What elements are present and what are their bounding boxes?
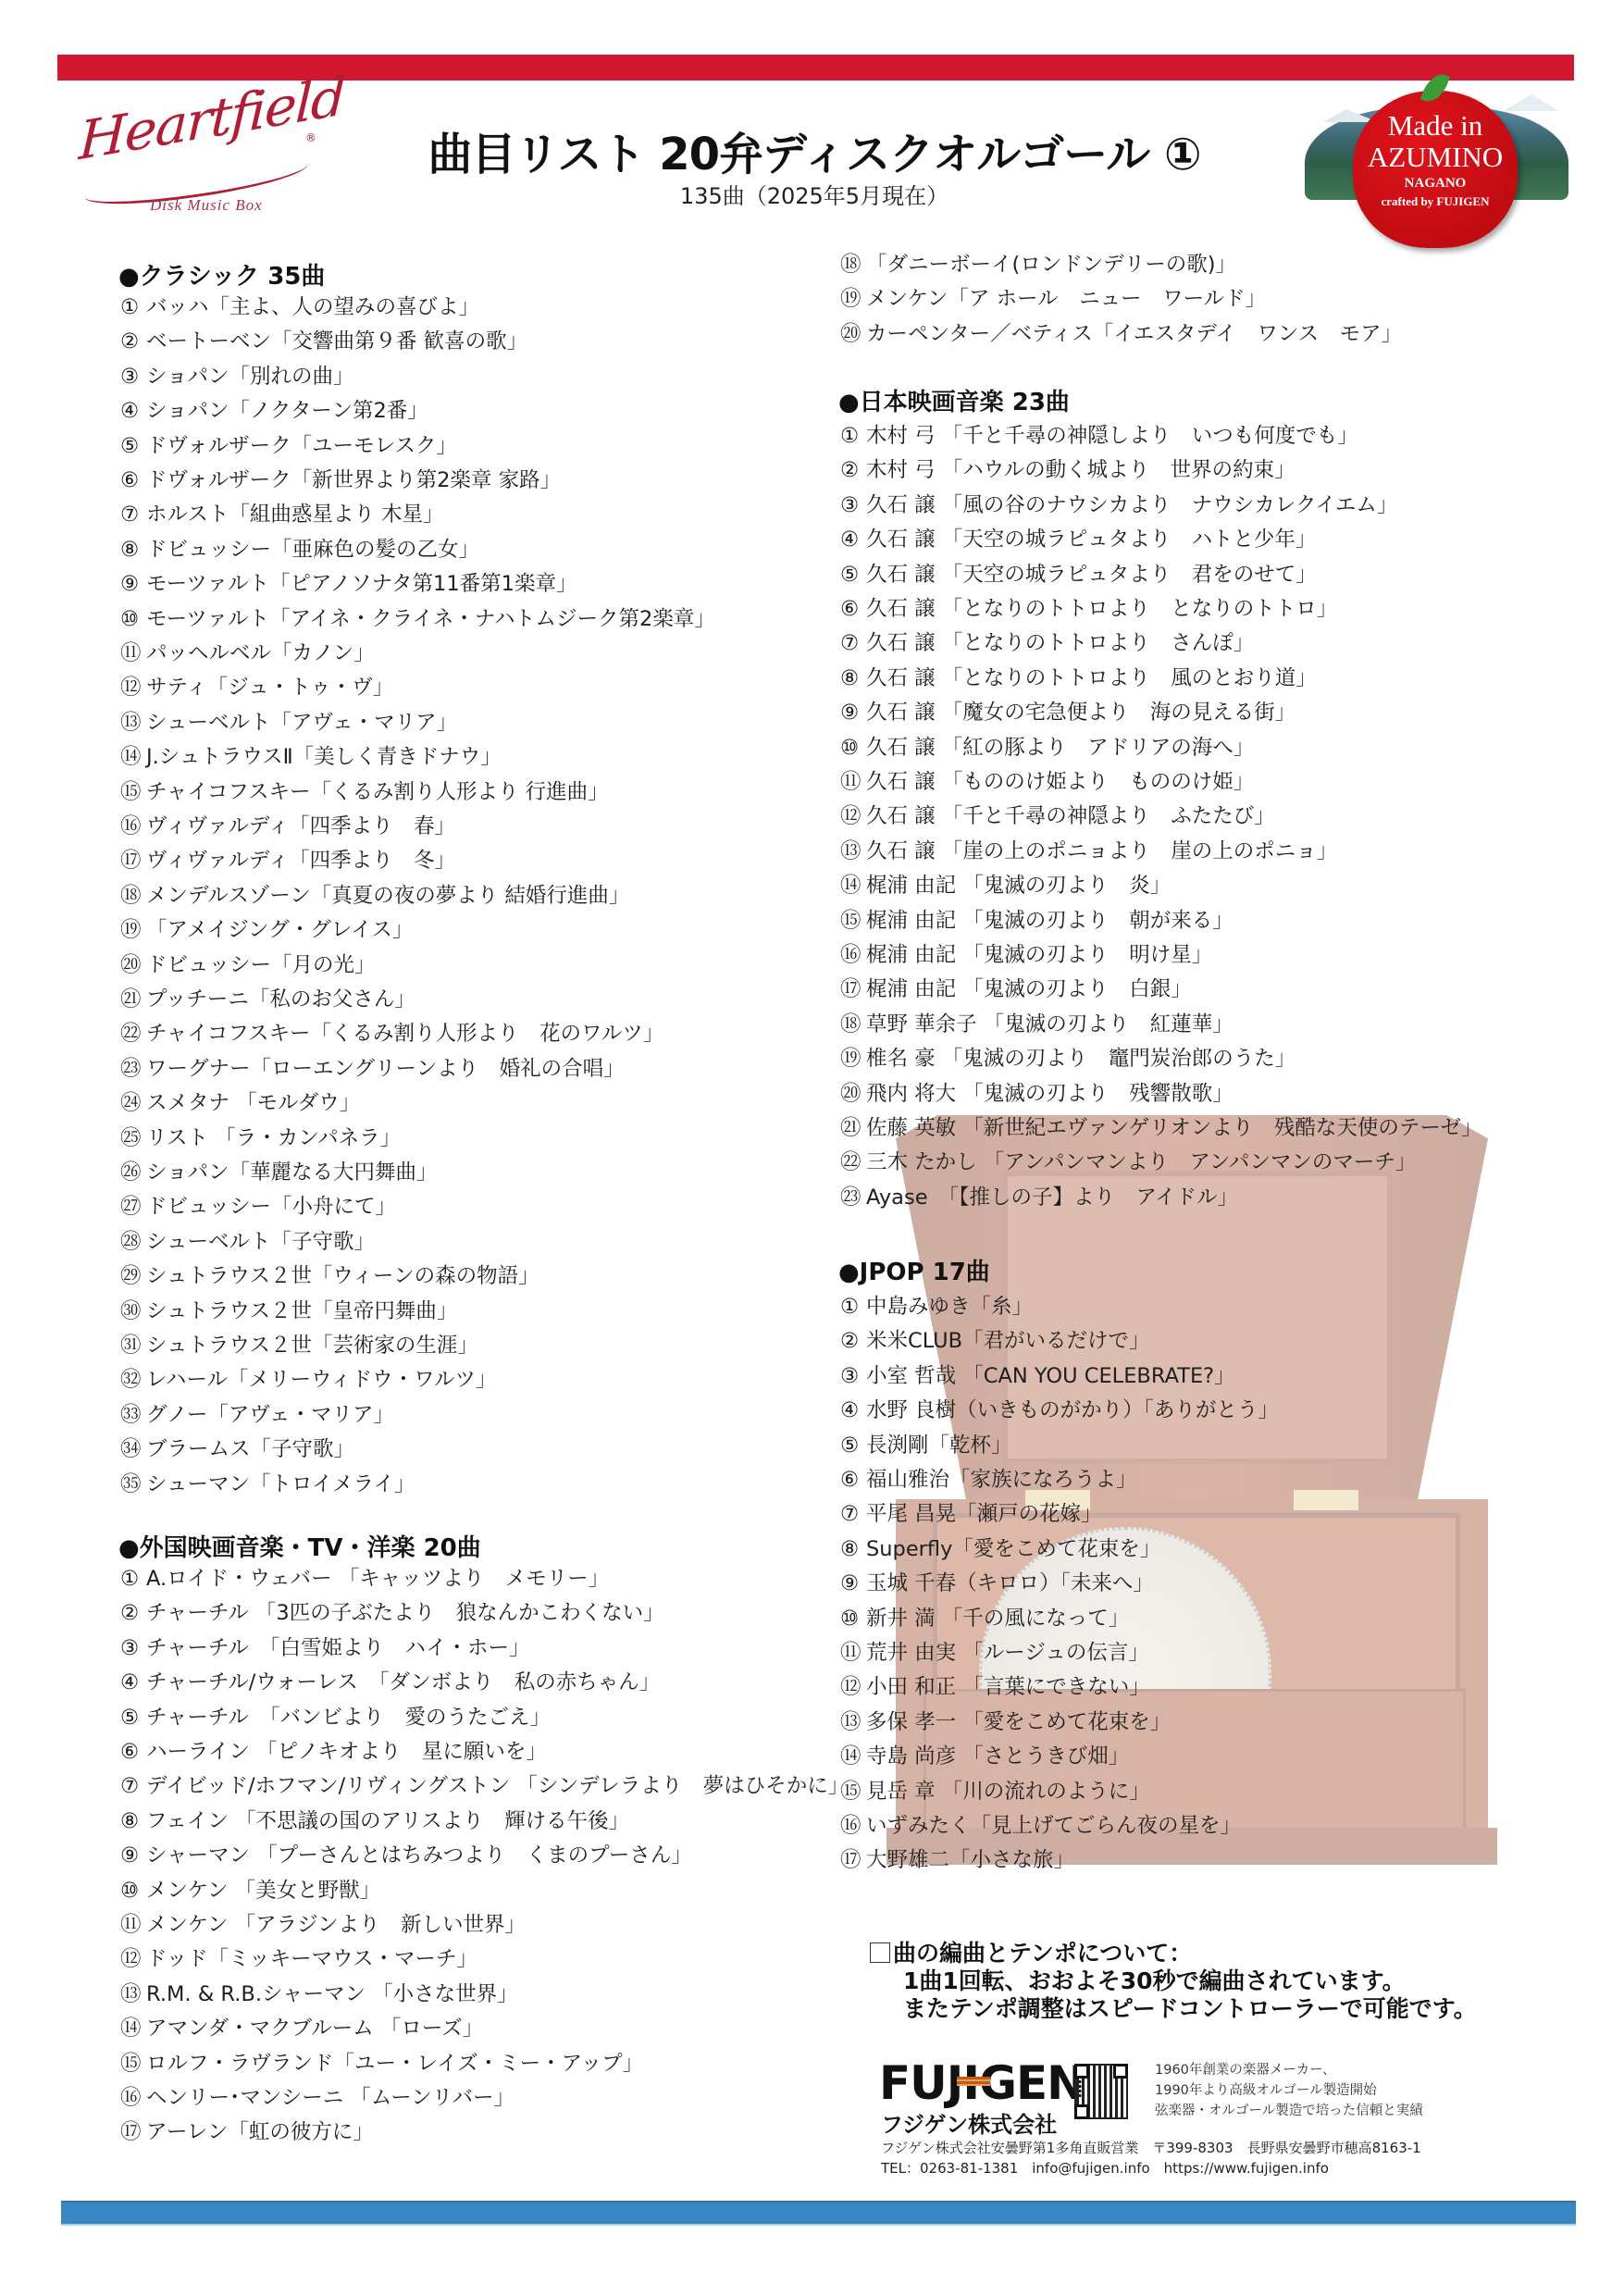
song-title: ベートーベン「交響曲第９番 歓喜の歌」 [146, 329, 527, 354]
song-item: ⑪荒井 由実 「ルージュの伝言」 [840, 1640, 1149, 1666]
song-title: 草野 華余子 「鬼滅の刃より 紅蓮華」 [866, 1012, 1233, 1036]
song-title: チャイコフスキー「くるみ割り人形より 花のワルツ」 [146, 1022, 663, 1046]
song-item: ③チャーチル 「白雪姫より ハイ・ホー」 [120, 1635, 529, 1661]
song-number: ⑭ [840, 1744, 866, 1769]
page-title: 曲目リスト 20弁ディスクオルゴール ① [352, 118, 1277, 182]
song-number: ⑨ [120, 1843, 146, 1868]
song-title: サティ「ジュ・トゥ・ヴ」 [146, 676, 393, 700]
qr-code-icon[interactable] [1074, 2064, 1128, 2119]
song-item: ⑰アーレン「虹の彼方に」 [120, 2119, 374, 2145]
song-title: パッヘルベル「カノン」 [146, 641, 375, 665]
song-title: ヘンリー･マンシーニ 「ムーンリバー」 [146, 2086, 514, 2110]
song-title: ヴィヴァルディ「四季より 冬」 [146, 849, 455, 873]
song-title: スメタナ 「モルダウ」 [146, 1091, 360, 1115]
song-number: ⑥ [120, 467, 146, 493]
note-line2: またテンポ調整はスピードコントローラーで可能です。 [870, 1995, 1477, 2023]
song-number: ⑫ [840, 1674, 866, 1700]
song-title: 木村 弓 「千と千尋の神隠しより いつも何度でも」 [866, 424, 1358, 448]
song-number: ⑱ [840, 1011, 866, 1037]
song-number: ④ [840, 1397, 866, 1423]
song-item: ㉚シュトラウス２世「皇帝円舞曲」 [120, 1298, 457, 1324]
song-item: ②木村 弓 「ハウルの動く城より 世界の約束」 [840, 457, 1295, 483]
song-number: ⑥ [840, 596, 866, 622]
song-number: ㉚ [120, 1298, 146, 1324]
song-title: 久石 譲 「となりのトトロより となりのトトロ」 [866, 597, 1337, 621]
song-title: 見岳 章 「川の流れのように」 [866, 1780, 1150, 1804]
song-number: ⑯ [120, 813, 146, 839]
song-number: ② [120, 329, 146, 354]
song-number: ⑧ [840, 1536, 866, 1562]
song-title: シュトラウス２世「ウィーンの森の物語」 [146, 1264, 539, 1288]
song-number: ③ [840, 492, 866, 518]
song-number: ⑬ [120, 710, 146, 736]
song-number: ⑮ [120, 779, 146, 805]
company-desc-line: 1990年より高級オルゴール製造開始 [1155, 2080, 1423, 2101]
song-item: ④水野 良樹（いきものがかり）「ありがとう」 [840, 1397, 1279, 1423]
song-item: ㉒チャイコフスキー「くるみ割り人形より 花のワルツ」 [120, 1021, 663, 1047]
song-item: ⑤長渕剛「乾杯」 [840, 1433, 1012, 1458]
song-title: 久石 譲 「紅の豚より アドリアの海へ」 [866, 736, 1254, 760]
heartfield-subtitle: Disk Music Box [150, 196, 263, 215]
song-title: R.M. & R.B.シャーマン 「小さな世界」 [146, 1982, 518, 2006]
song-number: ⑨ [840, 1570, 866, 1596]
song-item: ⑱メンデルスゾーン「真夏の夜の夢より 結婚行進曲」 [120, 883, 629, 909]
song-title: 荒井 由実 「ルージュの伝言」 [866, 1641, 1149, 1665]
badge-line1: Made in [1353, 109, 1518, 143]
song-title: 「アメイジング・グレイス」 [146, 918, 413, 942]
song-title: ホルスト「組曲惑星より 木星」 [146, 503, 443, 527]
song-title: Superfly「愛をこめて花束を」 [866, 1537, 1160, 1561]
song-number: ㉝ [120, 1402, 146, 1428]
song-title: いずみたく「見上げてごらん夜の星を」 [866, 1814, 1241, 1838]
song-number: ⑭ [840, 873, 866, 899]
qr-finder [1074, 2104, 1089, 2119]
song-title: プッチーニ「私のお父さん」 [146, 987, 415, 1011]
song-number: ⑥ [840, 1467, 866, 1493]
song-item: ⑯ヴィヴァルディ「四季より 春」 [120, 813, 455, 839]
song-title: ショパン「ノクターン第2番」 [146, 399, 428, 423]
song-item: ①中島みゆき「糸」 [840, 1294, 1033, 1320]
song-item: ⑮見岳 章 「川の流れのように」 [840, 1779, 1150, 1805]
song-title: 佐藤 英敏 「新世紀エヴァンゲリオンより 残酷な天使のテーゼ」 [866, 1116, 1481, 1140]
song-item: ㉑プッチーニ「私のお父さん」 [120, 987, 415, 1012]
song-number: ⑤ [840, 1433, 866, 1458]
song-number: ③ [120, 364, 146, 390]
qr-finder [1074, 2064, 1089, 2079]
note-line1: 1曲1回転、おおよそ30秒で編曲されています。 [870, 1967, 1477, 1995]
checkbox-square-icon [870, 1942, 890, 1963]
song-item: ㉒三木 たかし 「アンパンマンより アンパンマンのマーチ」 [840, 1149, 1416, 1175]
song-number: ㉓ [120, 1056, 146, 1082]
song-item: ④ショパン「ノクターン第2番」 [120, 398, 428, 424]
song-title: リスト 「ラ・カンパネラ」 [146, 1126, 401, 1150]
song-number: ⑦ [120, 1773, 146, 1799]
song-title: 長渕剛「乾杯」 [866, 1433, 1012, 1458]
song-number: ⑬ [120, 1981, 146, 2007]
song-item: ⑦ホルスト「組曲惑星より 木星」 [120, 502, 443, 527]
song-item: ⑩モーツァルト「アイネ・クライネ・ナハトムジーク第2楽章」 [120, 606, 715, 632]
song-item: ⑤チャーチル 「バンビより 愛のうたごえ」 [120, 1705, 551, 1731]
song-number: ⑬ [840, 1709, 866, 1735]
section-heading-classic: ●クラシック 35曲 [118, 257, 325, 292]
arrangement-note: 曲の編曲とテンポについて： 1曲1回転、おおよそ30秒で編曲されています。 また… [870, 1940, 1477, 2023]
song-item: ④チャーチル/ウォーレス 「ダンボより 私の赤ちゃん」 [120, 1669, 660, 1695]
song-title: ブラームス「子守歌」 [146, 1437, 354, 1461]
song-number: ⑳ [120, 952, 146, 978]
song-number: ㉖ [120, 1160, 146, 1185]
song-title: メンケン「ア ホール ニュー ワールド」 [866, 287, 1266, 311]
song-item: ⑥福山雅治「家族になろうよ」 [840, 1467, 1137, 1493]
song-number: ⑲ [840, 1046, 866, 1072]
song-number: ⑭ [120, 2016, 146, 2042]
song-title: ドビュッシー「月の光」 [146, 953, 376, 977]
song-item: ⑨シャーマン 「プーさんとはちみつより くまのプーさん」 [120, 1843, 692, 1868]
song-number: ⑬ [840, 838, 866, 864]
song-item: ⑧久石 譲 「となりのトトロより 風のとおり道」 [840, 665, 1317, 691]
song-title: ハーライン 「ピノキオより 星に願いを」 [146, 1740, 547, 1764]
song-number: ③ [840, 1363, 866, 1389]
song-title: J.シュトラウスⅡ「美しく青きドナウ」 [146, 745, 502, 769]
badge-line2: AZUMINO [1353, 141, 1518, 174]
song-title: メンケン 「美女と野獣」 [146, 1879, 380, 1903]
song-item: ㉓ワーグナー「ローエングリーンより 婚礼の合唱」 [120, 1056, 625, 1082]
song-item: ⑬シューベルト「アヴェ・マリア」 [120, 710, 457, 736]
song-number: ⑩ [120, 1878, 146, 1904]
song-number: ⑲ [120, 917, 146, 943]
song-title: 久石 譲 「となりのトトロより 風のとおり道」 [866, 666, 1317, 690]
song-title: 多保 孝一 「愛をこめて花束を」 [866, 1710, 1171, 1734]
song-number: ⑩ [840, 1606, 866, 1632]
song-item: ⑯梶浦 由記 「鬼滅の刃より 明け星」 [840, 942, 1212, 968]
song-item: ㉟シューマン「トロイメライ」 [120, 1471, 415, 1497]
song-title: 寺島 尚彦 「さとうきび畑」 [866, 1744, 1129, 1769]
song-number: ⑧ [120, 1808, 146, 1834]
song-item: ⑨モーツァルト「ピアノソナタ第11番第1楽章」 [120, 571, 577, 597]
song-title: ワーグナー「ローエングリーンより 婚礼の合唱」 [146, 1057, 625, 1081]
badge-line4: crafted by FUJIGEN [1353, 194, 1518, 209]
song-item: ⑰梶浦 由記 「鬼滅の刃より 白銀」 [840, 976, 1192, 1002]
song-number: ③ [120, 1635, 146, 1661]
song-item: ⑥久石 譲 「となりのトトロより となりのトトロ」 [840, 596, 1337, 622]
song-number: ⑮ [120, 2051, 146, 2077]
song-item: ⑫小田 和正 「言葉にできない」 [840, 1674, 1150, 1700]
song-title: 椎名 豪 「鬼滅の刃より 竈門炭治郎のうた」 [866, 1047, 1295, 1071]
song-item: ㉔スメタナ 「モルダウ」 [120, 1090, 360, 1116]
song-title: 水野 良樹（いきものがかり）「ありがとう」 [866, 1398, 1279, 1422]
song-number: ⑫ [840, 803, 866, 829]
song-number: ⑩ [840, 735, 866, 761]
song-item: ③小室 哲哉 「CAN YOU CELEBRATE?」 [840, 1363, 1235, 1389]
song-number: ⑤ [120, 433, 146, 459]
song-number: ⑰ [120, 848, 146, 874]
song-item: ②ベートーベン「交響曲第９番 歓喜の歌」 [120, 329, 527, 354]
song-number: ⑪ [120, 1912, 146, 1938]
note-title: 曲の編曲とテンポについて： [893, 1940, 1192, 1967]
song-item: ⑭梶浦 由記 「鬼滅の刃より 炎」 [840, 873, 1171, 899]
song-number: ⑯ [840, 942, 866, 968]
song-number: ㉑ [840, 1115, 866, 1141]
song-title: シューマン「トロイメライ」 [146, 1472, 415, 1496]
song-title: 大野雄二「小さな旅」 [866, 1848, 1074, 1872]
song-number: ⑪ [840, 769, 866, 795]
song-item: ⑦平尾 昌晃「瀬戸の花嫁」 [840, 1501, 1102, 1527]
company-desc-line: 弦楽器・オルゴール製造で培った信頼と実績 [1155, 2101, 1423, 2121]
song-title: 久石 譲 「崖の上のポニョより 崖の上のポニョ」 [866, 839, 1337, 863]
song-item: ①木村 弓 「千と千尋の神隠しより いつも何度でも」 [840, 423, 1358, 449]
fujigen-logo-stripe [957, 2077, 990, 2086]
song-item: ⑯いずみたく「見上げてごらん夜の星を」 [840, 1813, 1241, 1839]
page-subtitle: 135曲（2025年5月現在） [352, 178, 1277, 210]
song-title: ドヴォルザーク「ユーモレスク」 [146, 434, 457, 458]
bottom-blue-bar [61, 2201, 1576, 2226]
song-title: ロルフ・ラヴランド「ユー・レイズ・ミー・アップ」 [146, 2052, 643, 2076]
song-item: ⑱「ダニーボーイ(ロンドンデリーの歌)」 [840, 252, 1236, 278]
song-item: ⑦久石 譲 「となりのトトロより さんぽ」 [840, 630, 1254, 656]
song-title: 新井 満 「千の風になって」 [866, 1607, 1129, 1631]
song-title: モーツァルト「アイネ・クライネ・ナハトムジーク第2楽章」 [146, 607, 715, 631]
song-number: ② [840, 1328, 866, 1354]
song-number: ⑦ [120, 502, 146, 527]
song-number: ⑦ [840, 630, 866, 656]
song-title: ドビュッシー「小舟にて」 [146, 1195, 396, 1219]
song-number: ㉕ [120, 1125, 146, 1151]
song-title: A.ロイド・ウェバー 「キャッツより メモリー」 [146, 1567, 609, 1591]
song-title: 平尾 昌晃「瀬戸の花嫁」 [866, 1502, 1102, 1526]
song-number: ② [120, 1600, 146, 1626]
registered-mark: ® [305, 131, 316, 144]
song-title: チャーチル 「バンビより 愛のうたごえ」 [146, 1706, 551, 1730]
song-item: ㉕リスト 「ラ・カンパネラ」 [120, 1125, 401, 1151]
song-item: ⑩久石 譲 「紅の豚より アドリアの海へ」 [840, 735, 1254, 761]
song-item: ④久石 譲 「天空の城ラピュタより ハトと少年」 [840, 527, 1316, 552]
song-number: ④ [120, 1669, 146, 1695]
song-number: ⑧ [840, 665, 866, 691]
song-title: デイビッド/ホフマン/リヴィングストン 「シンデレラより 夢はひそかに」 [146, 1774, 849, 1798]
song-number: ② [840, 457, 866, 483]
heartfield-logo: Heartfield ® Disk Music Box [74, 104, 324, 224]
song-item: ⑰大野雄二「小さな旅」 [840, 1847, 1074, 1873]
song-item: ⑲メンケン「ア ホール ニュー ワールド」 [840, 286, 1266, 312]
song-title: ショパン「別れの曲」 [146, 365, 354, 389]
song-item: ⑮梶浦 由記 「鬼滅の刃より 朝が来る」 [840, 908, 1233, 934]
song-number: ⑩ [120, 606, 146, 632]
song-title: 小田 和正 「言葉にできない」 [866, 1675, 1150, 1699]
song-item: ⑱草野 華余子 「鬼滅の刃より 紅蓮華」 [840, 1011, 1233, 1037]
song-title: 三木 たかし 「アンパンマンより アンパンマンのマーチ」 [866, 1150, 1416, 1174]
song-number: ⑯ [120, 2085, 146, 2111]
song-title: メンケン 「アラジンより 新しい世界」 [146, 1913, 526, 1937]
song-title: 久石 譲 「天空の城ラピュタより ハトと少年」 [866, 527, 1316, 552]
song-number: ⑫ [120, 1946, 146, 1972]
song-number: ㉜ [120, 1367, 146, 1393]
song-number: ⑤ [120, 1705, 146, 1731]
song-number: ④ [840, 527, 866, 552]
song-title: シューベルト「子守歌」 [146, 1230, 375, 1254]
song-item: ⑨久石 譲 「魔女の宅急便より 海の見える街」 [840, 700, 1295, 726]
song-number: ⑰ [840, 1847, 866, 1873]
song-item: ⑤ドヴォルザーク「ユーモレスク」 [120, 433, 457, 459]
contact-info: TEL：0263-81-1381 info@fujigen.info https… [881, 2158, 1421, 2178]
song-item: ②チャーチル 「3匹の子ぶたより 狼なんかこわくない」 [120, 1600, 664, 1626]
song-item: ⑦デイビッド/ホフマン/リヴィングストン 「シンデレラより 夢はひそかに」 [120, 1773, 849, 1799]
song-title: 「ダニーボーイ(ロンドンデリーの歌)」 [866, 253, 1236, 277]
company-name: フジゲン株式会社 [881, 2106, 1057, 2139]
song-item: ⑩メンケン 「美女と野獣」 [120, 1878, 380, 1904]
song-title: 飛内 将大 「鬼滅の刃より 残響散歌」 [866, 1082, 1233, 1106]
song-item: ㉛シュトラウス２世「芸術家の生涯」 [120, 1333, 478, 1359]
song-number: ⑳ [840, 321, 866, 347]
song-title: 久石 譲 「魔女の宅急便より 海の見える街」 [866, 701, 1295, 725]
song-item: ⑭寺島 尚彦 「さとうきび畑」 [840, 1744, 1129, 1769]
song-number: ⑨ [840, 700, 866, 726]
song-title: チャーチル 「3匹の子ぶたより 狼なんかこわくない」 [146, 1601, 664, 1625]
song-number: ⑮ [840, 908, 866, 934]
company-desc-line: 1960年創業の楽器メーカー、 [1155, 2060, 1423, 2080]
song-title: Ayase 「【推しの子】より アイドル」 [866, 1185, 1238, 1210]
song-item: ⑲「アメイジング・グレイス」 [120, 917, 413, 943]
song-item: ⑩新井 満 「千の風になって」 [840, 1606, 1129, 1632]
song-number: ⑮ [840, 1779, 866, 1805]
song-title: 久石 譲 「天空の城ラピュタより 君をのせて」 [866, 563, 1317, 587]
song-title: ドッド「ミッキーマウス・マーチ」 [146, 1947, 477, 1971]
song-title: グノー「アヴェ・マリア」 [146, 1403, 394, 1427]
song-number: ㉓ [840, 1185, 866, 1210]
song-title: 梶浦 由記 「鬼滅の刃より 白銀」 [866, 977, 1192, 1001]
song-number: ⑤ [840, 562, 866, 588]
song-title: 久石 譲 「となりのトトロより さんぽ」 [866, 631, 1254, 655]
song-title: シュトラウス２世「皇帝円舞曲」 [146, 1299, 457, 1323]
song-title: 中島みゆき「糸」 [866, 1295, 1033, 1319]
song-item: ㉜レハール「メリーウィドウ・ワルツ」 [120, 1367, 496, 1393]
song-title: シュトラウス２世「芸術家の生涯」 [146, 1334, 478, 1358]
song-title: 米米CLUB「君がいるだけで」 [866, 1329, 1150, 1353]
song-number: ⑰ [840, 976, 866, 1002]
song-item: ⑧ドビュッシー「亜麻色の髪の乙女」 [120, 537, 479, 563]
song-item: ⑬R.M. & R.B.シャーマン 「小さな世界」 [120, 1981, 518, 2007]
song-number: ⑭ [120, 744, 146, 770]
badge-line3: NAGANO [1353, 176, 1518, 192]
song-item: ⑧Superfly「愛をこめて花束を」 [840, 1536, 1160, 1562]
song-title: ドビュッシー「亜麻色の髪の乙女」 [146, 538, 479, 562]
song-item: ⑳カーペンター／ベティス「イエスタデイ ワンス モア」 [840, 321, 1402, 347]
song-number: ⑪ [840, 1640, 866, 1666]
song-number: ⑱ [840, 252, 866, 278]
section-heading-jpop: ●JPOP 17曲 [838, 1253, 990, 1287]
song-title: アーレン「虹の彼方に」 [146, 2120, 374, 2144]
song-number: ⑯ [840, 1813, 866, 1839]
song-title: チャーチル 「白雪姫より ハイ・ホー」 [146, 1636, 529, 1660]
song-title: 梶浦 由記 「鬼滅の刃より 朝が来る」 [866, 909, 1233, 933]
song-item: ⑧フェイン 「不思議の国のアリスより 輝ける午後」 [120, 1808, 629, 1834]
song-item: ㉘シューベルト「子守歌」 [120, 1229, 375, 1255]
company-description: 1960年創業の楽器メーカー、 1990年より高級オルゴール製造開始 弦楽器・オ… [1155, 2060, 1423, 2121]
song-title: バッハ「主よ、人の望みの喜びよ」 [146, 295, 479, 319]
song-title: アマンダ・マクブルーム 「ローズ」 [146, 2017, 483, 2041]
song-item: ⑭J.シュトラウスⅡ「美しく青きドナウ」 [120, 744, 502, 770]
song-title: チャイコフスキー「くるみ割り人形より 行進曲」 [146, 780, 609, 804]
song-item: ⑫ドッド「ミッキーマウス・マーチ」 [120, 1946, 477, 1972]
company-address-block: フジゲン株式会社安曇野第1多角直販営業 〒399-8303 長野県安曇野市穂高8… [881, 2138, 1421, 2178]
song-item: ③ショパン「別れの曲」 [120, 364, 354, 390]
song-number: ㉒ [840, 1149, 866, 1175]
song-item: ㉙シュトラウス２世「ウィーンの森の物語」 [120, 1263, 539, 1289]
song-item: ⑥ドヴォルザーク「新世界より第2楽章 家路」 [120, 467, 561, 493]
song-item: ⑫久石 譲 「千と千尋の神隠より ふたたび」 [840, 803, 1275, 829]
made-in-azumino-badge: Made in AZUMINO NAGANO crafted by FUJIGE… [1295, 70, 1578, 246]
song-number: ⑫ [120, 675, 146, 701]
song-item: ㉑佐藤 英敏 「新世紀エヴァンゲリオンより 残酷な天使のテーゼ」 [840, 1115, 1481, 1141]
song-number: ⑪ [120, 640, 146, 666]
song-number: ㉒ [120, 1021, 146, 1047]
address: フジゲン株式会社安曇野第1多角直販営業 〒399-8303 長野県安曇野市穂高8… [881, 2138, 1421, 2158]
song-item: ⑳飛内 将大 「鬼滅の刃より 残響散歌」 [840, 1081, 1233, 1107]
song-item: ⑪メンケン 「アラジンより 新しい世界」 [120, 1912, 526, 1938]
song-title: 久石 譲 「風の谷のナウシカより ナウシカレクイエム」 [866, 493, 1397, 517]
song-item: ㉗ドビュッシー「小舟にて」 [120, 1194, 396, 1220]
song-item: ㉝グノー「アヴェ・マリア」 [120, 1402, 394, 1428]
song-number: ㉟ [120, 1471, 146, 1497]
song-item: ②米米CLUB「君がいるだけで」 [840, 1328, 1150, 1354]
song-title: モーツァルト「ピアノソナタ第11番第1楽章」 [146, 572, 577, 596]
song-number: ㉙ [120, 1263, 146, 1289]
song-title: 梶浦 由記 「鬼滅の刃より 炎」 [866, 874, 1171, 898]
song-item: ⑥ハーライン 「ピノキオより 星に願いを」 [120, 1739, 547, 1765]
song-title: 玉城 千春（キロロ）「未来へ」 [866, 1571, 1154, 1595]
song-title: 木村 弓 「ハウルの動く城より 世界の約束」 [866, 458, 1295, 482]
song-item: ①バッハ「主よ、人の望みの喜びよ」 [120, 294, 479, 320]
song-number: ⑱ [120, 883, 146, 909]
song-number: ① [840, 423, 866, 449]
song-item: ㉞ブラームス「子守歌」 [120, 1436, 354, 1462]
song-title: チャーチル/ウォーレス 「ダンボより 私の赤ちゃん」 [146, 1670, 660, 1694]
section-heading-japan: ●日本映画音楽 23曲 [838, 383, 1070, 417]
song-item: ⑲椎名 豪 「鬼滅の刃より 竈門炭治郎のうた」 [840, 1046, 1295, 1072]
song-number: ⑳ [840, 1081, 866, 1107]
song-item: ㉓Ayase 「【推しの子】より アイドル」 [840, 1185, 1238, 1210]
song-item: ⑮チャイコフスキー「くるみ割り人形より 行進曲」 [120, 779, 609, 805]
song-title: カーペンター／ベティス「イエスタデイ ワンス モア」 [866, 322, 1402, 346]
song-item: ㉖ショパン「華麗なる大円舞曲」 [120, 1160, 438, 1185]
song-item: ⑨玉城 千春（キロロ）「未来へ」 [840, 1570, 1154, 1596]
song-number: ④ [120, 398, 146, 424]
song-title: ドヴォルザーク「新世界より第2楽章 家路」 [146, 468, 561, 492]
song-number: ⑲ [840, 286, 866, 312]
song-title: 梶浦 由記 「鬼滅の刃より 明け星」 [866, 943, 1212, 967]
song-title: ヴィヴァルディ「四季より 春」 [146, 814, 455, 838]
song-item: ⑪パッヘルベル「カノン」 [120, 640, 375, 666]
song-item: ⑰ヴィヴァルディ「四季より 冬」 [120, 848, 455, 874]
song-number: ㉘ [120, 1229, 146, 1255]
song-number: ① [120, 1566, 146, 1592]
song-title: 久石 譲 「もののけ姫より もののけ姫」 [866, 770, 1254, 794]
song-item: ①A.ロイド・ウェバー 「キャッツより メモリー」 [120, 1566, 609, 1592]
song-title: レハール「メリーウィドウ・ワルツ」 [146, 1368, 496, 1392]
song-title: メンデルスゾーン「真夏の夜の夢より 結婚行進曲」 [146, 884, 629, 908]
song-number: ⑥ [120, 1739, 146, 1765]
song-item: ⑭アマンダ・マクブルーム 「ローズ」 [120, 2016, 483, 2042]
song-title: フェイン 「不思議の国のアリスより 輝ける午後」 [146, 1809, 629, 1833]
song-item: ⑪久石 譲 「もののけ姫より もののけ姫」 [840, 769, 1254, 795]
song-item: ⑳ドビュッシー「月の光」 [120, 952, 376, 978]
song-item: ⑬久石 譲 「崖の上のポニョより 崖の上のポニョ」 [840, 838, 1337, 864]
song-number: ⑰ [120, 2119, 146, 2145]
hinge-icon [1294, 1490, 1358, 1510]
qr-finder [1113, 2064, 1128, 2079]
song-number: ① [840, 1294, 866, 1320]
song-number: ⑦ [840, 1501, 866, 1527]
song-item: ⑮ロルフ・ラヴランド「ユー・レイズ・ミー・アップ」 [120, 2051, 643, 2077]
song-title: シャーマン 「プーさんとはちみつより くまのプーさん」 [146, 1843, 692, 1868]
